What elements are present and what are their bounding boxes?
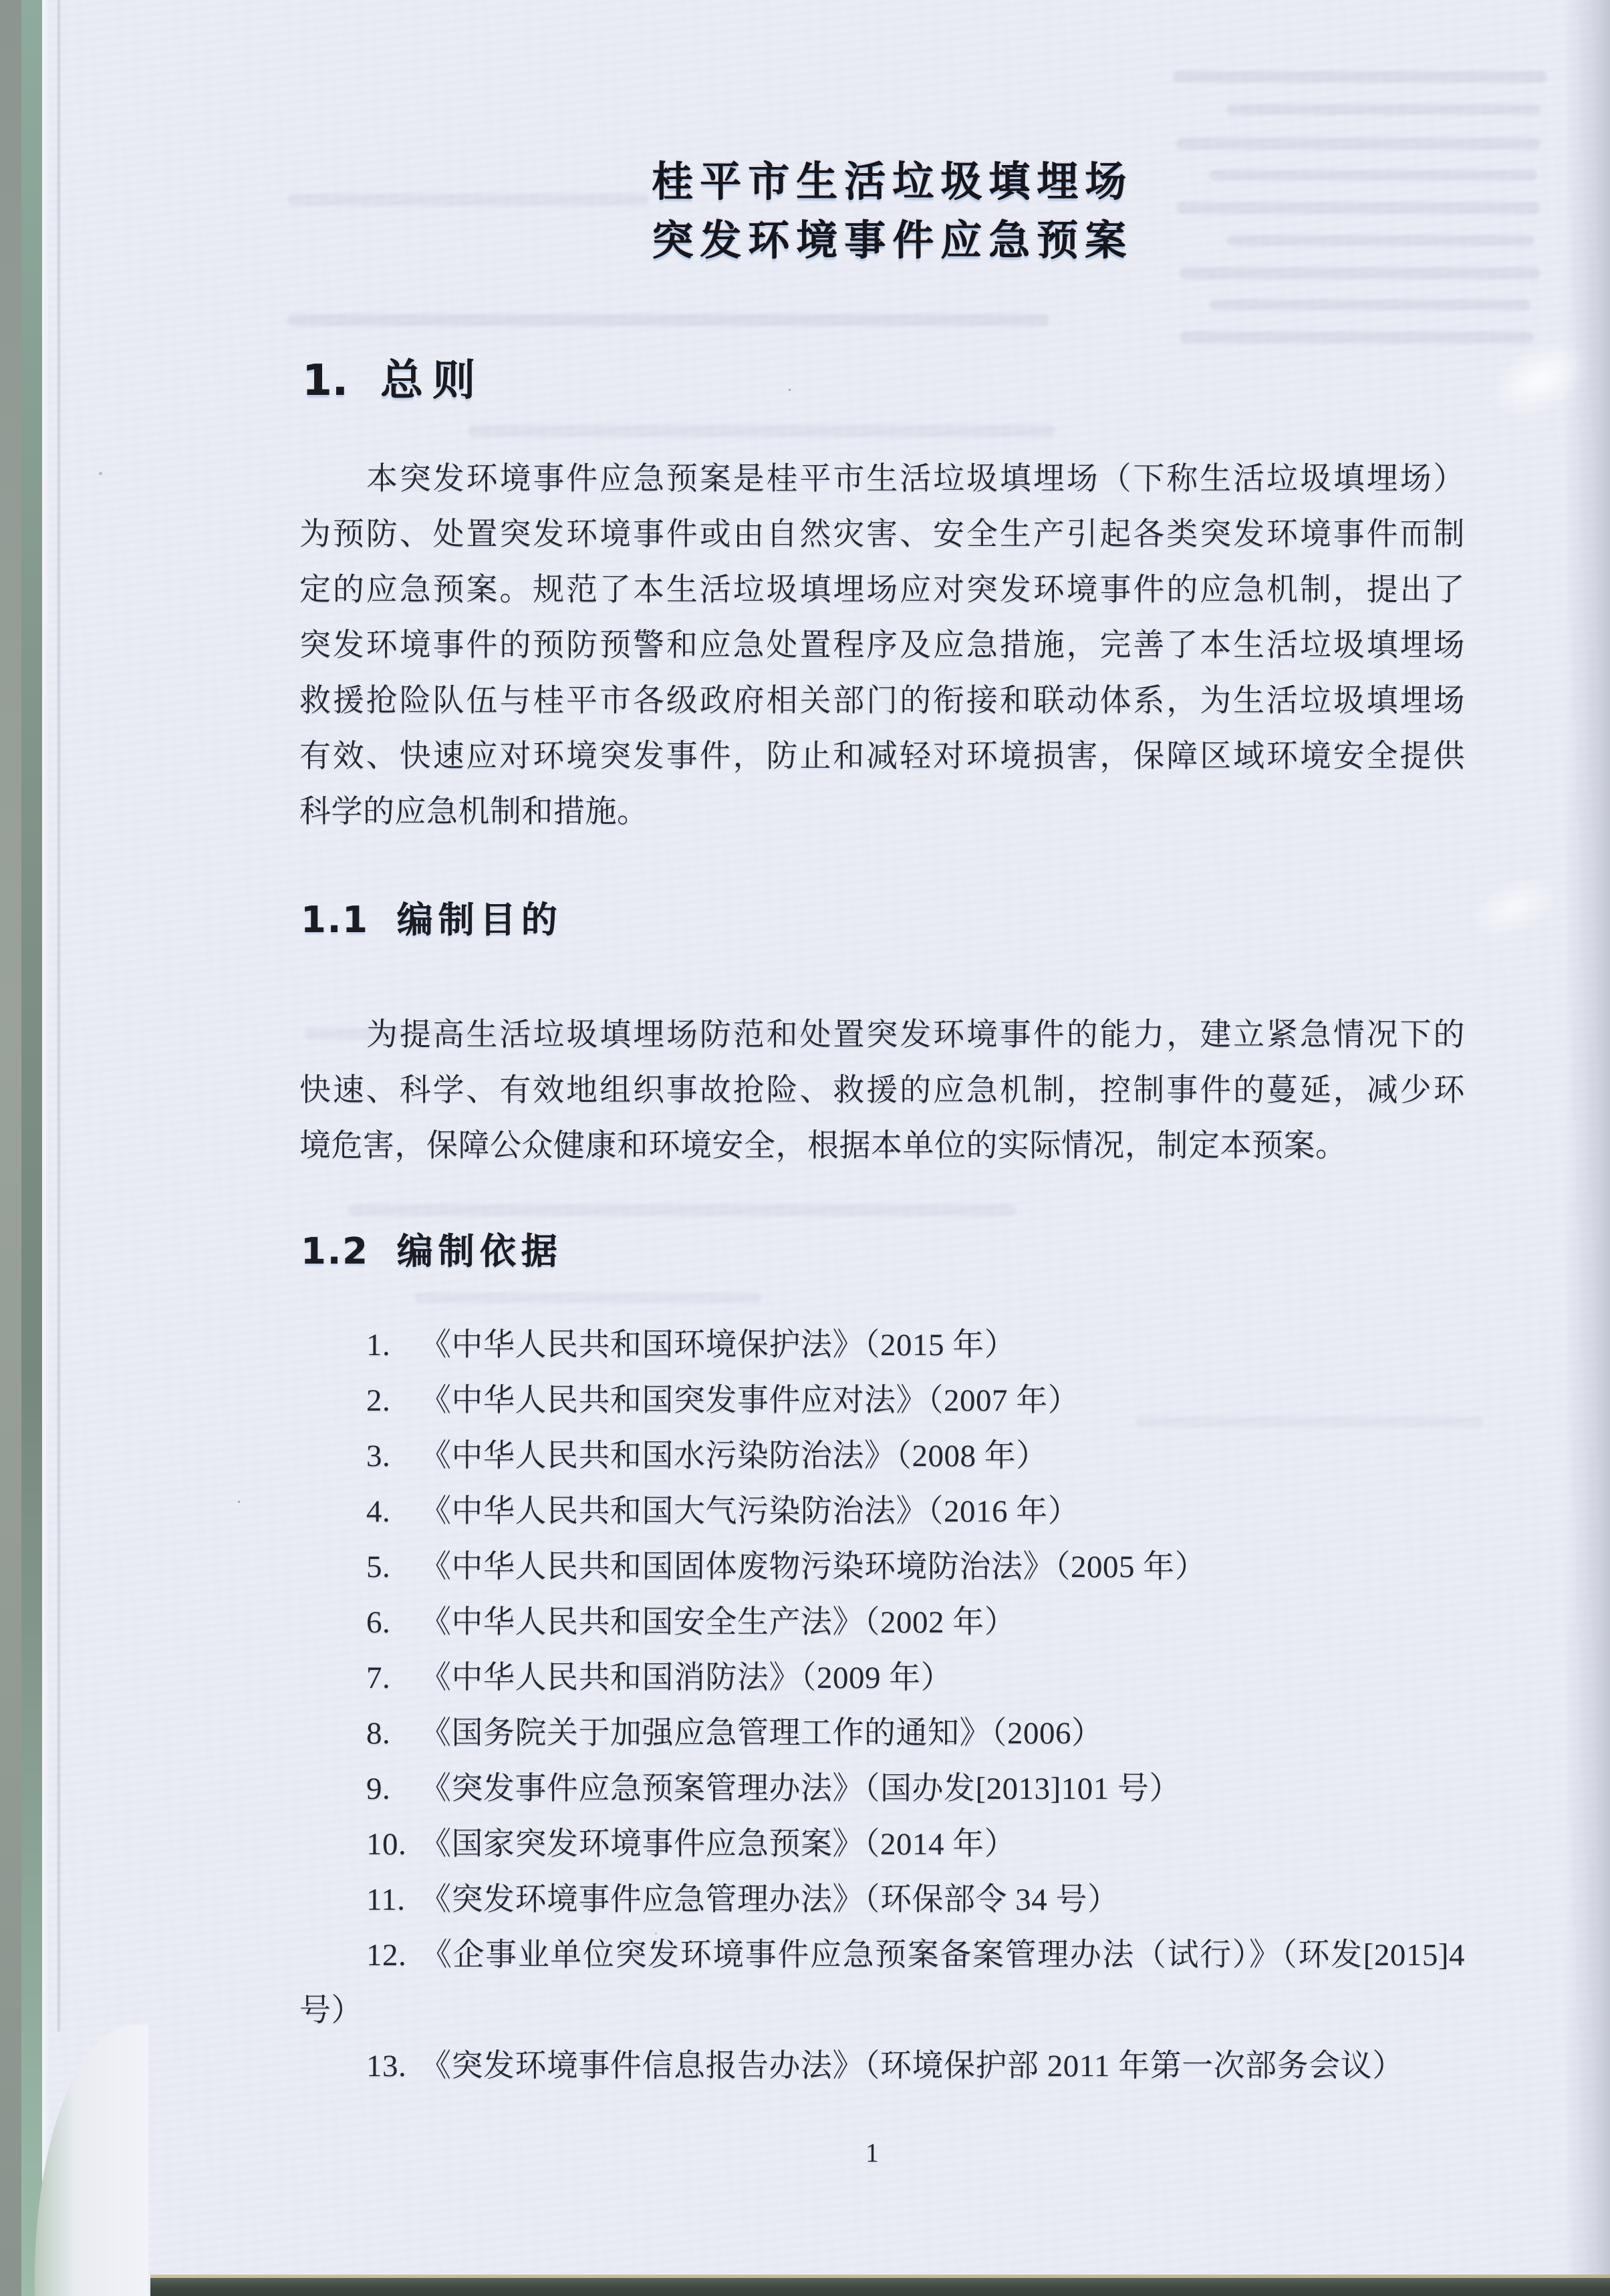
reference-text: 《突发事件应急预案管理办法》（国办发[2013]101 号） [420, 1771, 1181, 1806]
section-heading-1-2: 1.2编制依据 [301, 1229, 563, 1274]
reference-text: 《中华人民共和国大气污染防治法》（2016 年） [420, 1494, 1079, 1529]
reference-number: 6. [366, 1595, 410, 1651]
reference-number: 3. [366, 1429, 410, 1484]
reference-text: 《企事业单位突发环境事件应急预案备案管理办法（试行）》（环发[2015]4 [420, 1938, 1465, 1973]
reference-item-2: 2.《中华人民共和国突发事件应对法》（2007 年） [299, 1373, 1465, 1429]
reference-text: 《中华人民共和国安全生产法》（2002 年） [420, 1605, 1016, 1640]
reference-text: 《突发环境事件信息报告办法》（环境保护部 2011 年第一次部务会议） [420, 2049, 1404, 2084]
reference-item-8: 8.《国务院关于加强应急管理工作的通知》（2006） [299, 1706, 1465, 1761]
reference-text: 《中华人民共和国环境保护法》（2015 年） [420, 1328, 1016, 1362]
reference-number: 13. [366, 2039, 410, 2094]
reference-number: 12. [366, 1928, 410, 1983]
paragraph-line: 境危害，保障公众健康和环境安全，根据本单位的实际情况，制定本预案。 [299, 1119, 1465, 1174]
paragraph-line: 突发环境事件的预防预警和应急处置程序及应急措施，完善了本生活垃圾填埋场 [299, 618, 1465, 674]
scanner-bottom-dark-strip [150, 2278, 1610, 2296]
reference-text: 《中华人民共和国消防法》（2009 年） [420, 1661, 952, 1695]
paragraph-line: 科学的应急机制和措施。 [299, 784, 1465, 840]
book-cover-green-edge [21, 0, 42, 2296]
reference-number: 5. [366, 1540, 410, 1595]
paragraph-line: 有效、快速应对环境突发事件，防止和减轻对环境损害，保障区域环境安全提供 [299, 729, 1465, 784]
scanned-document-page: { "doc": { "title_line1": "桂平市生活垃圾填埋场", … [0, 0, 1610, 2296]
page-number: 1 [849, 2133, 896, 2173]
reference-item-11: 11.《突发环境事件应急管理办法》（环保部令 34 号） [299, 1872, 1465, 1928]
document-title-line2: 突发环境事件应急预案 [652, 211, 1160, 270]
section-1-label: 总则 [380, 356, 485, 406]
section-heading-1: 1.总则 [302, 353, 485, 409]
reference-text: 《中华人民共和国固体废物污染环境防治法》（2005 年） [420, 1550, 1206, 1584]
reference-item-12: 12.《企事业单位突发环境事件应急预案备案管理办法（试行）》（环发[2015]4 [299, 1928, 1465, 1983]
reference-text: 《中华人民共和国突发事件应对法》（2007 年） [420, 1383, 1079, 1418]
paragraph-line: 为提高生活垃圾填埋场防范和处置突发环境事件的能力，建立紧急情况下的 [299, 1008, 1465, 1063]
page-edge-sliver [42, 0, 48, 2296]
reference-item-13: 13.《突发环境事件信息报告办法》（环境保护部 2011 年第一次部务会议） [299, 2039, 1465, 2094]
reference-list: 1.《中华人民共和国环境保护法》（2015 年） 2.《中华人民共和国突发事件应… [299, 1318, 1465, 2094]
section-1-2-label: 编制依据 [397, 1230, 563, 1272]
section-heading-1-1: 1.1编制目的 [301, 897, 563, 943]
reference-number: 9. [366, 1761, 410, 1817]
paragraph-line: 快速、科学、有效地组织事故抢险、救援的应急机制，控制事件的蔓延，减少环 [299, 1063, 1465, 1119]
reference-number: 8. [366, 1706, 410, 1761]
reference-item-5: 5.《中华人民共和国固体废物污染环境防治法》（2005 年） [299, 1540, 1465, 1595]
paragraph-line: 为预防、处置突发环境事件或由自然灾害、安全生产引起各类突发环境事件而制 [299, 507, 1465, 563]
paragraph-line: 本突发环境事件应急预案是桂平市生活垃圾填埋场（下称生活垃圾填埋场） [299, 452, 1465, 507]
reference-text: 《国家突发环境事件应急预案》（2014 年） [420, 1827, 1016, 1862]
paragraph-overview: 本突发环境事件应急预案是桂平市生活垃圾填埋场（下称生活垃圾填埋场） 为预防、处置… [299, 452, 1465, 840]
document-title: 桂平市生活垃圾填埋场 突发环境事件应急预案 [652, 152, 1160, 270]
reference-text: 《突发环境事件应急管理办法》（环保部令 34 号） [420, 1882, 1119, 1917]
binding-crease-line [57, 0, 60, 2031]
paragraph-purpose: 为提高生活垃圾填埋场防范和处置突发环境事件的能力，建立紧急情况下的 快速、科学、… [299, 1008, 1465, 1174]
paragraph-line: 救援抢险队伍与桂平市各级政府相关部门的衔接和联动体系，为生活垃圾填埋场 [299, 674, 1465, 729]
reference-item-10: 10.《国家突发环境事件应急预案》（2014 年） [299, 1817, 1465, 1872]
section-1-1-label: 编制目的 [397, 899, 563, 941]
reference-number: 4. [366, 1484, 410, 1540]
document-title-line1: 桂平市生活垃圾填埋场 [652, 152, 1160, 211]
reference-number: 1. [366, 1318, 410, 1373]
section-1-number: 1. [302, 356, 348, 406]
section-1-2-number: 1.2 [301, 1230, 369, 1272]
reference-number: 2. [366, 1373, 410, 1429]
reference-text: 《中华人民共和国水污染防治法》（2008 年） [420, 1439, 1048, 1473]
reference-number: 10. [366, 1817, 410, 1872]
book-spine-shadow [0, 0, 21, 2296]
reference-item-6: 6.《中华人民共和国安全生产法》（2002 年） [299, 1595, 1465, 1651]
section-1-1-number: 1.1 [301, 899, 369, 941]
reference-item-12-wrap: 号） [299, 1983, 1465, 2039]
paragraph-line: 定的应急预案。规范了本生活垃圾填埋场应对突发环境事件的应急机制，提出了 [299, 563, 1465, 618]
reference-item-3: 3.《中华人民共和国水污染防治法》（2008 年） [299, 1429, 1465, 1484]
reference-number: 11. [366, 1872, 410, 1928]
reference-item-9: 9.《突发事件应急预案管理办法》（国办发[2013]101 号） [299, 1761, 1465, 1817]
reference-item-4: 4.《中华人民共和国大气污染防治法》（2016 年） [299, 1484, 1465, 1540]
reference-item-1: 1.《中华人民共和国环境保护法》（2015 年） [299, 1318, 1465, 1373]
reference-text: 《国务院关于加强应急管理工作的通知》（2006） [420, 1716, 1103, 1751]
right-page-edge-shadow [1563, 0, 1610, 2296]
reference-number: 7. [366, 1651, 410, 1706]
reference-item-7: 7.《中华人民共和国消防法》（2009 年） [299, 1651, 1465, 1706]
